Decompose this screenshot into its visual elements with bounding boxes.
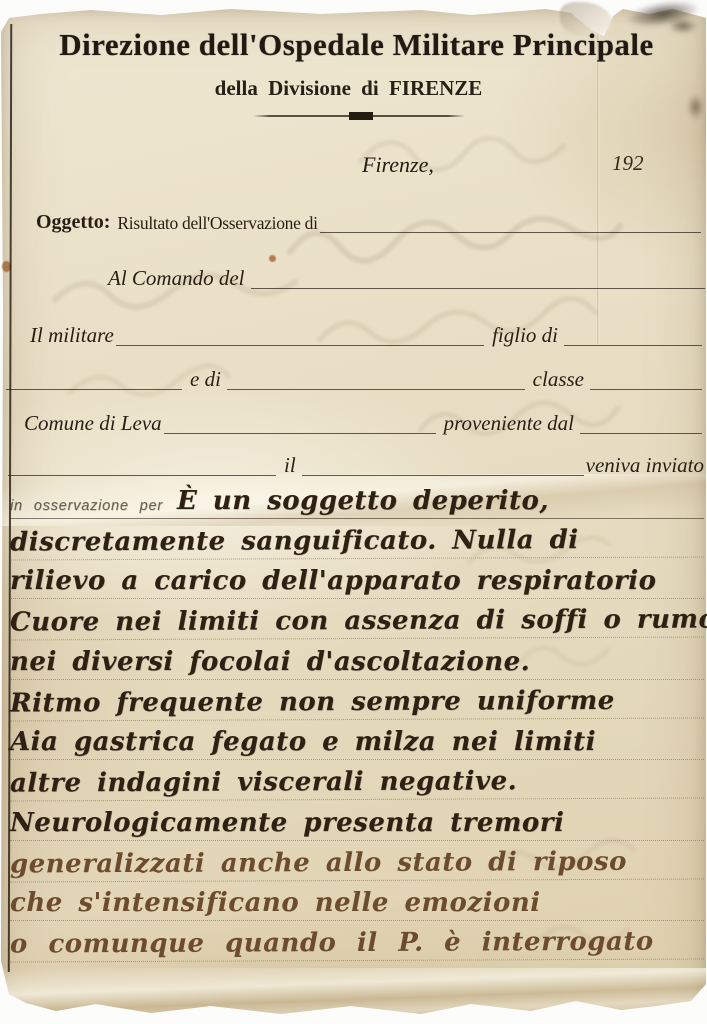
letterhead-title: Direzione dell'Ospedale Militare Princip…: [8, 27, 705, 63]
al-comando-label: Al Comando del: [102, 267, 249, 289]
paper-fold-line: [597, 14, 600, 344]
blank-line-classe: [590, 384, 702, 390]
dateline-year-prefix: 192: [612, 151, 644, 176]
il-label: il: [278, 454, 300, 476]
blank-line-comando: [251, 283, 706, 289]
blank-line-figlio: [564, 340, 702, 346]
il-militare-label: Il militare: [30, 324, 114, 346]
handwriting-row: Cuore nei limiti con assenza di soffi o …: [10, 596, 704, 640]
letterhead-subtitle: della Divisione di FIRENZE: [0, 76, 697, 101]
divider-center-block: [349, 112, 373, 120]
handwriting-text: nei diversi focolai d'ascoltazione.: [10, 648, 530, 679]
paper-crumple: [1, 968, 707, 1014]
handwriting-text: È un soggetto deperito,: [177, 487, 549, 518]
handwriting-row: che s'intensificano nelle emozioni: [10, 880, 704, 921]
blank-line-comune: [164, 428, 436, 434]
veniva-inviato-label: veniva inviato: [586, 454, 704, 476]
in-osservazione-label: in osservazione per: [10, 499, 163, 518]
proveniente-dal-label: proveniente dal: [438, 412, 578, 434]
divider-ornament: [253, 112, 465, 120]
blank-line-padre: [227, 384, 525, 390]
oggetto-value-label: Risultato dell'Osservazione di: [110, 214, 317, 233]
form-row-militare: Il militare figlio di: [30, 318, 704, 346]
oggetto-label: Oggetto:: [36, 212, 110, 233]
e-di-label: e di: [184, 368, 225, 390]
blank-line-madre: [6, 384, 182, 390]
form-row-comune: Comune di Leva proveniente dal: [24, 406, 704, 434]
handwriting-text: discretamente sanguificato. Nulla di: [10, 526, 579, 559]
comune-di-leva-label: Comune di Leva: [24, 412, 162, 434]
scan-background: { "document": { "title": "Direzione dell…: [0, 0, 707, 1024]
handwriting-row: altre indagini viscerali negative.: [10, 757, 704, 801]
handwriting-text: che s'intensificano nelle emozioni: [10, 889, 541, 920]
blank-line-data2: [302, 470, 584, 476]
blank-line-oggetto: [320, 227, 701, 233]
handwriting-text: rilievo a carico dell'apparato respirato…: [10, 567, 656, 598]
handwriting-row: Aia gastrica fegato e milza nei limiti: [10, 719, 704, 760]
handwriting-text: o comunque quando il P. è interrogato: [10, 928, 654, 961]
dateline-place: Firenze,: [362, 152, 434, 178]
handwriting-row: Ritmo frequente non sempre uniforme: [10, 677, 704, 721]
handwriting-text: Cuore nei limiti con assenza di soffi o …: [10, 606, 707, 640]
form-row-genitori: e di classe: [4, 362, 704, 390]
blank-line-data1: [8, 470, 276, 476]
handwriting-text: Neurologicamente presenta tremori: [10, 809, 564, 840]
handwriting-row: generalizzati anche allo stato di riposo: [10, 838, 704, 882]
handwriting-row: discretamente sanguificato. Nulla di: [10, 516, 704, 560]
handwriting-row: rilievo a carico dell'apparato respirato…: [10, 558, 704, 599]
figlio-di-label: figlio di: [486, 324, 562, 346]
form-row-comando: Al Comando del: [102, 261, 707, 289]
handwriting-text: Ritmo frequente non sempre uniforme: [10, 687, 615, 720]
handwriting-text: Aia gastrica fegato e milza nei limiti: [10, 728, 596, 759]
handwriting-row: Neurologicamente presenta tremori: [10, 800, 704, 841]
handwriting-text: altre indagini viscerali negative.: [10, 768, 517, 801]
handwriting-row: in osservazione per È un soggetto deperi…: [10, 478, 704, 519]
blank-line-proveniente: [580, 428, 702, 434]
handwriting-row: o comunque quando il P. è interrogato: [10, 918, 704, 962]
classe-label: classe: [527, 368, 588, 390]
form-row-inviato: il veniva inviato: [6, 448, 704, 476]
form-row-oggetto: Oggetto: Risultato dell'Osservazione di: [36, 205, 703, 233]
handwriting-text: generalizzati anche allo stato di riposo: [10, 848, 627, 881]
blank-line-militare: [116, 340, 484, 346]
handwriting-row: nei diversi focolai d'ascoltazione.: [10, 639, 704, 680]
